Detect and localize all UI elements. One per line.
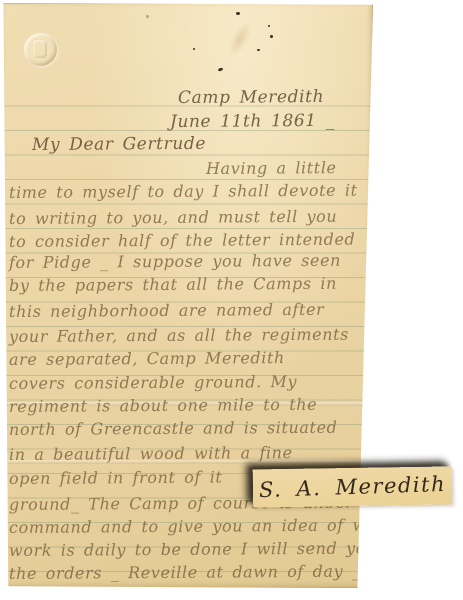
letter-line: your Father, and as all the regiments bbox=[9, 325, 349, 346]
photo-canvas: Camp Meredith June 11th 1861 _ My Dear G… bbox=[0, 0, 463, 600]
paper-smudge bbox=[224, 18, 257, 61]
paper-speck bbox=[193, 48, 195, 50]
paper-speck bbox=[146, 15, 149, 18]
letter-line: time to myself to day I shall devote it bbox=[9, 181, 358, 202]
letter-line: this neighborhood are named after bbox=[9, 300, 324, 321]
letter-salutation: My Dear Gertrude bbox=[32, 134, 206, 155]
letter-line: in a beautiful wood with a fine bbox=[9, 443, 293, 464]
letter-opening-line: Having a little bbox=[206, 158, 337, 178]
letter-dateline-date: June 11th 1861 _ bbox=[170, 111, 335, 132]
letter-line: to writing to you, and must tell you bbox=[9, 207, 337, 228]
paper-speck bbox=[257, 49, 260, 51]
letter-line: regiment is about one mile to the bbox=[9, 395, 317, 416]
embossed-seal-icon bbox=[24, 33, 57, 66]
letter-line: the orders _ Reveille at dawn of day _ bbox=[9, 562, 361, 583]
letter-line: open field in front of it bbox=[9, 468, 223, 488]
letter-line: are separated, Camp Meredith bbox=[9, 348, 285, 369]
signature-clipping-overlay: S. A. Meredith bbox=[253, 466, 453, 507]
letter-line: work is daily to be done I will send you bbox=[9, 538, 377, 560]
paper-speck bbox=[268, 25, 270, 27]
letter-line: covers considerable ground. My bbox=[9, 372, 297, 393]
letter-line: for Pidge _ I suppose you have seen bbox=[9, 251, 341, 272]
letter-line: to consider half of the letter intended bbox=[9, 230, 355, 251]
letter-line: command and to give you an idea of what- bbox=[9, 515, 401, 537]
paper-speck bbox=[218, 67, 224, 72]
letter-line: north of Greencastle and is situated bbox=[9, 418, 338, 439]
letter-line: by the papers that all the Camps in bbox=[9, 274, 337, 295]
paper-speck bbox=[270, 35, 273, 38]
paper-speck bbox=[236, 12, 240, 15]
letter-dateline-place: Camp Meredith bbox=[178, 87, 324, 108]
signature-text: S. A. Meredith bbox=[259, 472, 447, 502]
